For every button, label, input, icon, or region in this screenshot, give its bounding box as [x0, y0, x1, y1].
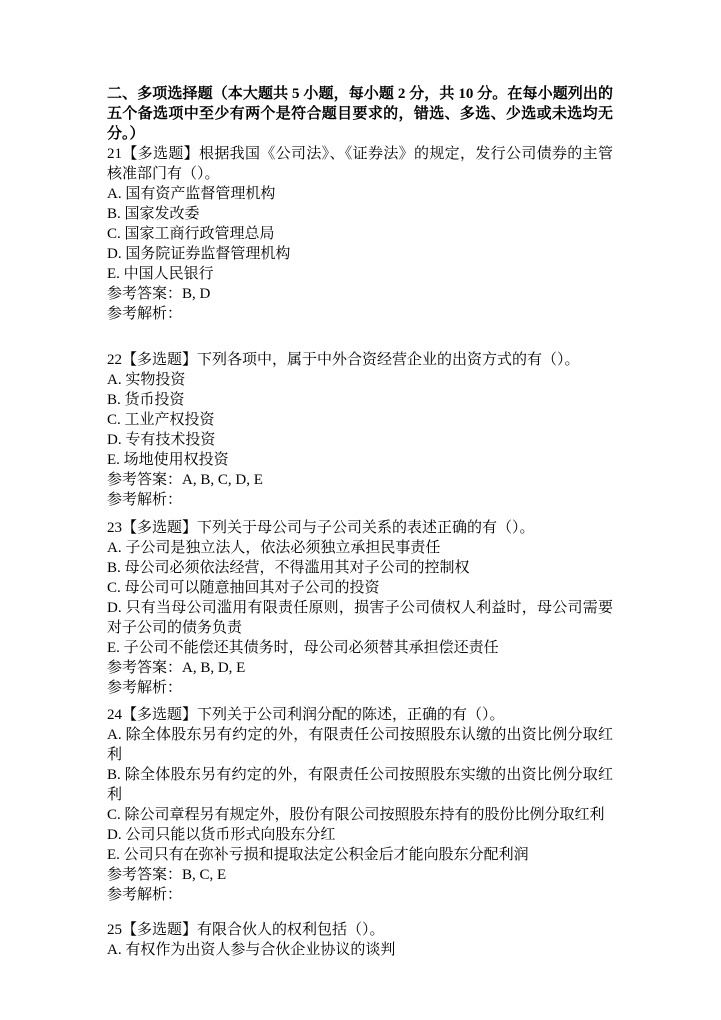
question-21-option-c: C. 国家工商行政管理总局: [107, 224, 613, 244]
question-number: 24: [107, 707, 122, 723]
question-24-answer-line: 参考答案：B, C, E: [107, 865, 613, 885]
answer-label: 参考答案：: [107, 286, 182, 302]
question-block-22: 22【多选题】下列各项中，属于中外合资经营企业的出资方式的有（）。 A. 实物投…: [107, 350, 613, 510]
question-23-option-d: D. 只有当母公司滥用有限责任原则，损害子公司债权人利益时，母公司需要对子公司的…: [107, 598, 613, 638]
question-22-option-b: B. 货币投资: [107, 390, 613, 410]
question-23-option-b: B. 母公司必须依法经营，不得滥用其对子公司的控制权: [107, 558, 613, 578]
question-24-analysis-line: 参考解析：: [107, 885, 613, 905]
answer-label: 参考答案：: [107, 660, 182, 676]
question-number: 22: [107, 352, 122, 368]
question-24-option-c: C. 除公司章程另有规定外，股份有限公司按照股东持有的股份比例分取红利: [107, 805, 613, 825]
question-22-stem-line: 22【多选题】下列各项中，属于中外合资经营企业的出资方式的有（）。: [107, 350, 613, 370]
question-21-option-e: E. 中国人民银行: [107, 264, 613, 284]
question-type-label: 【多选题】: [122, 707, 197, 723]
question-22-option-d: D. 专有技术投资: [107, 430, 613, 450]
question-type-label: 【多选题】: [122, 520, 197, 536]
answer-label: 参考答案：: [107, 867, 182, 883]
question-stem-text: 有限合伙人的权利包括（）。: [197, 922, 385, 938]
question-block-25: 25【多选题】有限合伙人的权利包括（）。 A. 有权作为出资人参与合伙企业协议的…: [107, 920, 613, 960]
question-21-option-b: B. 国家发改委: [107, 204, 613, 224]
question-23-answer-line: 参考答案：A, B, D, E: [107, 658, 613, 678]
question-number: 25: [107, 922, 122, 938]
question-21-analysis-line: 参考解析：: [107, 304, 613, 324]
question-23-stem-line: 23【多选题】下列关于母公司与子公司关系的表述正确的有（）。: [107, 518, 613, 538]
exam-document-page: 二、多项选择题（本大题共 5 小题，每小题 2 分，共 10 分。在每小题列出的…: [107, 84, 613, 960]
question-24-option-a: A. 除全体股东另有约定的外，有限责任公司按照股东认缴的出资比例分取红利: [107, 725, 613, 765]
question-type-label: 【多选题】: [122, 922, 197, 938]
question-24-stem-line: 24【多选题】下列关于公司利润分配的陈述，正确的有（）。: [107, 705, 613, 725]
question-25-stem-line: 25【多选题】有限合伙人的权利包括（）。: [107, 920, 613, 940]
answer-value: B, C, E: [182, 867, 226, 883]
question-24-option-d: D. 公司只能以货币形式向股东分红: [107, 825, 613, 845]
question-number: 23: [107, 520, 122, 536]
question-stem-text: 下列关于母公司与子公司关系的表述正确的有（）。: [197, 520, 535, 536]
question-23-option-c: C. 母公司可以随意抽回其对子公司的投资: [107, 578, 613, 598]
question-23-analysis-line: 参考解析：: [107, 678, 613, 698]
question-24-option-b: B. 除全体股东另有约定的外，有限责任公司按照股东实缴的出资比例分取红利: [107, 765, 613, 805]
answer-value: A, B, C, D, E: [182, 472, 263, 488]
question-22-analysis-line: 参考解析：: [107, 490, 613, 510]
question-21-stem-line: 21【多选题】根据我国《公司法》、《证券法》的规定，发行公司债券的主管核准部门有…: [107, 144, 613, 184]
question-block-24: 24【多选题】下列关于公司利润分配的陈述，正确的有（）。 A. 除全体股东另有约…: [107, 705, 613, 905]
question-23-option-e: E. 子公司不能偿还其债务时，母公司必须替其承担偿还责任: [107, 638, 613, 658]
question-block-23: 23【多选题】下列关于母公司与子公司关系的表述正确的有（）。 A. 子公司是独立…: [107, 518, 613, 698]
question-type-label: 【多选题】: [122, 146, 199, 162]
question-23-option-a: A. 子公司是独立法人，依法必须独立承担民事责任: [107, 538, 613, 558]
question-25-option-a: A. 有权作为出资人参与合伙企业协议的谈判: [107, 940, 613, 960]
question-22-option-e: E. 场地使用权投资: [107, 450, 613, 470]
question-21-option-a: A. 国有资产监督管理机构: [107, 184, 613, 204]
question-stem-text: 下列关于公司利润分配的陈述，正确的有（）。: [197, 707, 505, 723]
question-22-answer-line: 参考答案：A, B, C, D, E: [107, 470, 613, 490]
question-22-option-a: A. 实物投资: [107, 370, 613, 390]
question-block-21: 21【多选题】根据我国《公司法》、《证券法》的规定，发行公司债券的主管核准部门有…: [107, 144, 613, 324]
question-number: 21: [107, 146, 122, 162]
answer-label: 参考答案：: [107, 472, 182, 488]
question-21-answer-line: 参考答案：B, D: [107, 284, 613, 304]
question-21-option-d: D. 国务院证券监督管理机构: [107, 244, 613, 264]
question-22-option-c: C. 工业产权投资: [107, 410, 613, 430]
question-24-option-e: E. 公司只有在弥补亏损和提取法定公积金后才能向股东分配利润: [107, 845, 613, 865]
answer-value: B, D: [182, 286, 210, 302]
section-header: 二、多项选择题（本大题共 5 小题，每小题 2 分，共 10 分。在每小题列出的…: [107, 84, 613, 144]
answer-value: A, B, D, E: [182, 660, 245, 676]
question-type-label: 【多选题】: [122, 352, 197, 368]
question-stem-text: 下列各项中，属于中外合资经营企业的出资方式的有（）。: [197, 352, 580, 368]
